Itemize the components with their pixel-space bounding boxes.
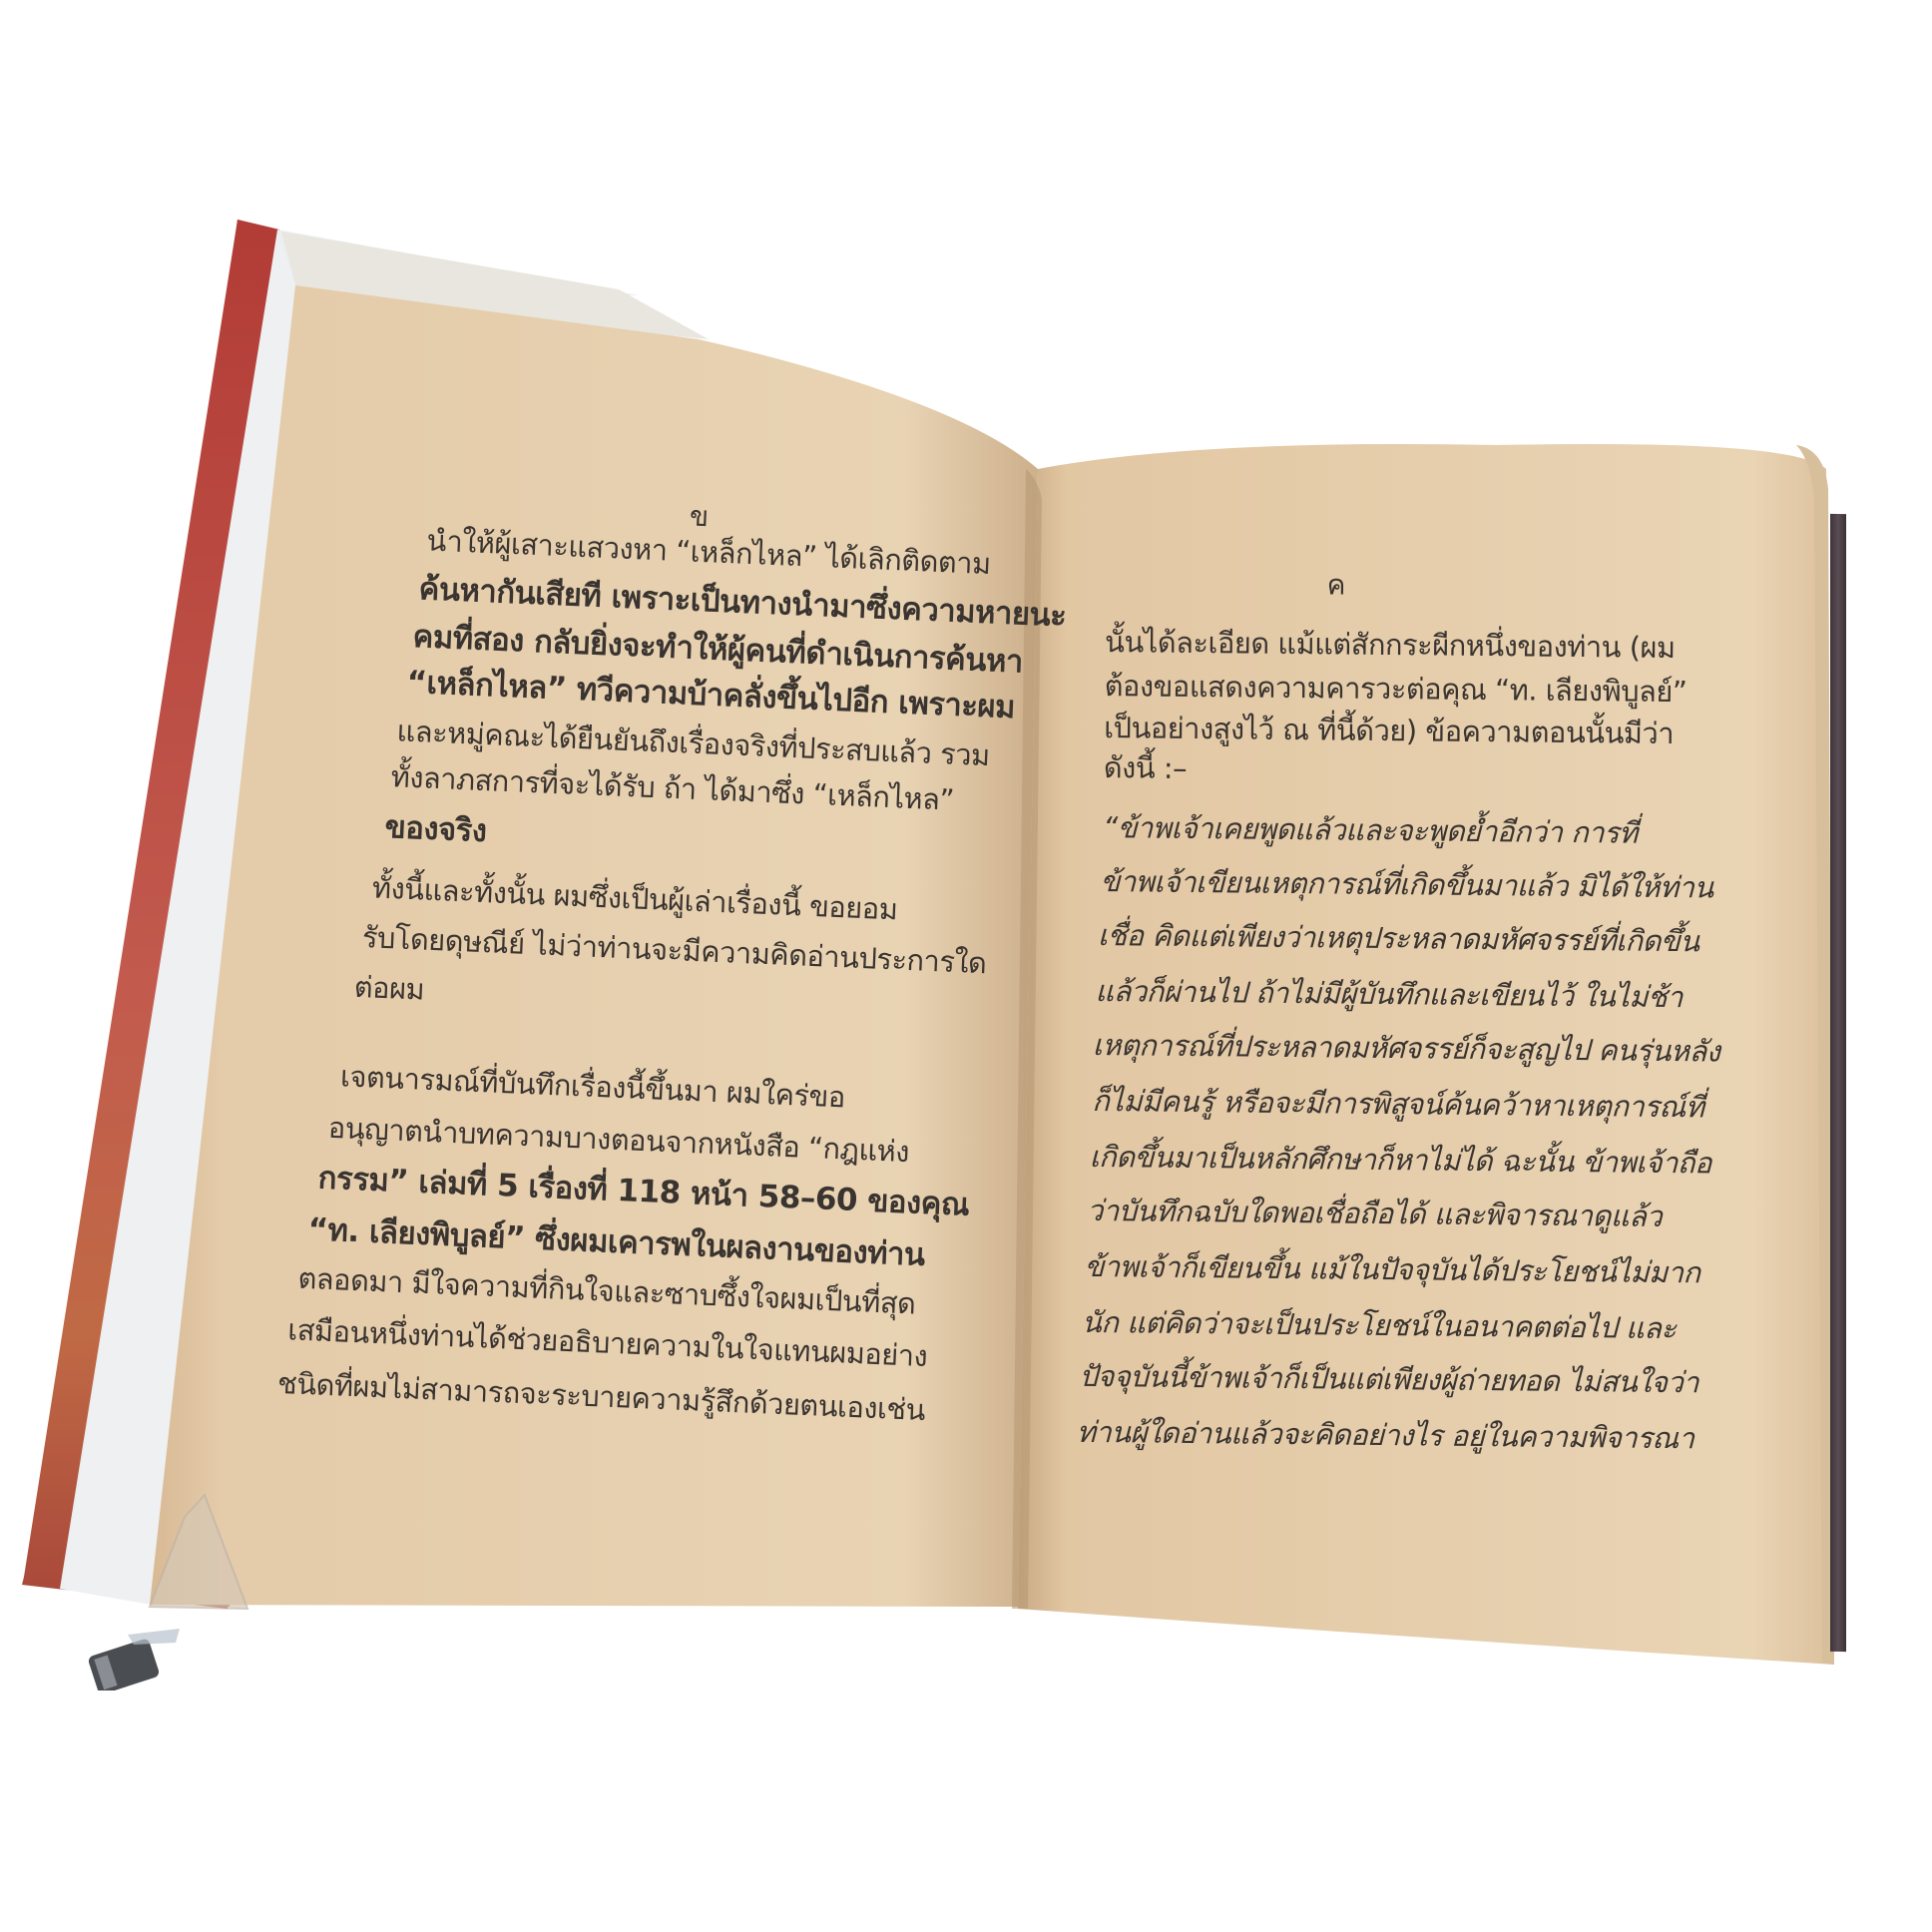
- right-line-3: เป็นอย่างสูงไว้ ณ ที่นี้ด้วย) ข้อความตอน…: [1104, 705, 1674, 756]
- right-line-7: เชื่อ คิดแต่เพียงว่าเหตุประหลาดมหัศจรรย์…: [1098, 912, 1699, 964]
- left-line-10: ต่อผม: [353, 964, 425, 1013]
- right-line-10: ก็ไม่มีคนรู้ หรือจะมีการพิสูจน์ค้นคว้าหา…: [1092, 1078, 1704, 1130]
- right-line-4: ดังนี้ :–: [1104, 744, 1188, 791]
- red-spine: [22, 220, 277, 1609]
- page-holder: [150, 1495, 247, 1609]
- metal-clip: [88, 1629, 180, 1690]
- right-line-6: ข้าพเจ้าเขียนเหตุการณ์ที่เกิดขึ้นมาแล้ว …: [1100, 858, 1713, 910]
- right-line-15: ปัจจุบันนี้ข้าพเจ้าก็เป็นแต่เพียงผู้ถ่าย…: [1079, 1353, 1698, 1405]
- right-line-11: เกิดขึ้นมาเป็นหลักศึกษาก็หาไม่ได้ ฉะนั้น…: [1089, 1134, 1711, 1187]
- right-line-12: ว่าบันทึกฉบับใดพอเชื่อถือได้ และพิจารณาด…: [1087, 1188, 1662, 1239]
- back-cover-edge: [1830, 514, 1846, 1652]
- right-line-13: ข้าพเจ้าก็เขียนขึ้น แม้ในปัจจุบันได้ประโ…: [1084, 1243, 1699, 1295]
- right-page-number: ค: [1327, 563, 1346, 607]
- right-line-14: นัก แต่คิดว่าจะเป็นประโยชน์ในอนาคตต่อไป …: [1082, 1299, 1677, 1351]
- right-line-5: “ข้าพเจ้าเคยพูดแล้วและจะพูดย้ำอีกว่า การ…: [1103, 804, 1638, 856]
- right-line-9: เหตุการณ์ที่ประหลาดมหัศจรรย์ก็จะสูญไป คน…: [1093, 1022, 1720, 1075]
- left-line-7: ของจริง: [384, 801, 488, 855]
- right-line-8: แล้วก็ผ่านไป ถ้าไม่มีผู้บันทึกและเขียนไว…: [1095, 968, 1683, 1020]
- right-line-16: ท่านผู้ใดอ่านแล้วจะคิดอย่างไร อยู่ในความ…: [1077, 1409, 1694, 1461]
